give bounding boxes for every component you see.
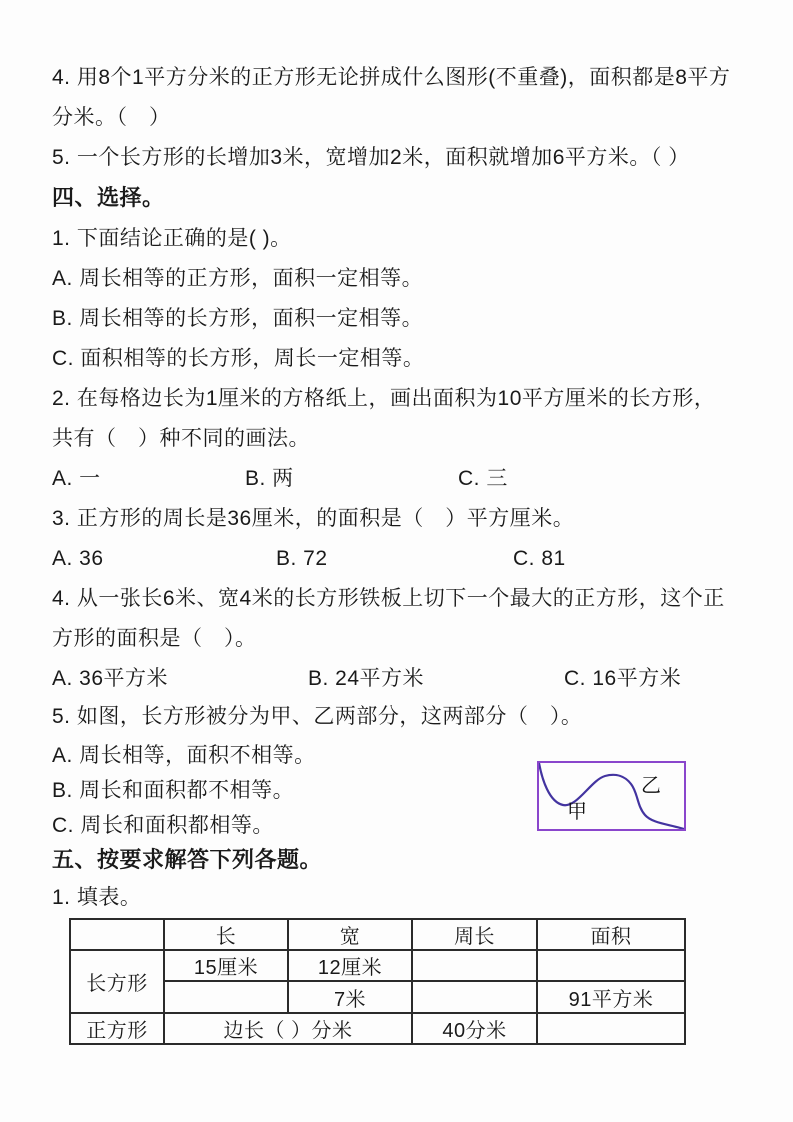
choice-q3-option-b: B. 72 — [276, 547, 328, 571]
rect1-area-cell — [537, 950, 685, 981]
header-empty-cell — [70, 919, 164, 950]
choice-q4-stem-line2: 方形的面积是（ ）。 — [52, 627, 257, 651]
choice-q2-option-a: A. 一 — [52, 467, 101, 491]
fill-table-label: 1. 填表。 — [52, 886, 141, 910]
header-length: 长 — [164, 919, 288, 950]
choice-q3-option-a: A. 36 — [52, 547, 104, 571]
choice-q4-option-c: C. 16平方米 — [564, 667, 681, 691]
row-label-rectangle: 长方形 — [70, 950, 164, 1013]
choice-q1-option-c: C. 面积相等的长方形，周长一定相等。 — [52, 347, 424, 371]
square-area-cell — [537, 1013, 685, 1044]
header-area: 面积 — [537, 919, 685, 950]
choice-q2-stem-line1: 2. 在每格边长为1厘米的方格纸上，画出面积为10平方厘米的长方形， — [52, 387, 715, 411]
choice-q5-stem: 5. 如图，长方形被分为甲、乙两部分，这两部分（ ）。 — [52, 705, 582, 729]
section-five-heading: 五、按要求解答下列各题。 — [52, 848, 322, 872]
divider-curve — [539, 763, 684, 829]
figure-label-jia: 甲 — [567, 795, 587, 824]
rect2-width-cell: 7米 — [288, 981, 412, 1013]
judge-q4-line1: 4. 用8个1平方分米的正方形无论拼成什么图形(不重叠)，面积都是8平方 — [52, 66, 730, 90]
choice-q2-option-b: B. 两 — [245, 467, 294, 491]
choice-q1-option-a: A. 周长相等的正方形，面积一定相等。 — [52, 267, 423, 291]
choice-q3-options: A. 36 B. 72 C. 81 — [52, 547, 752, 573]
choice-q3-stem: 3. 正方形的周长是36厘米，的面积是（ ）平方厘米。 — [52, 507, 574, 531]
choice-q1-stem: 1. 下面结论正确的是( )。 — [52, 227, 292, 251]
header-perimeter: 周长 — [412, 919, 537, 950]
section-four-heading: 四、选择。 — [52, 186, 165, 210]
judge-q5: 5. 一个长方形的长增加3米，宽增加2米，面积就增加6平方米。（ ） — [52, 146, 690, 170]
choice-q1-option-b: B. 周长相等的长方形，面积一定相等。 — [52, 307, 423, 331]
rect1-perimeter-cell — [412, 950, 537, 981]
header-width: 宽 — [288, 919, 412, 950]
table-row: 正方形 边长（ ）分米 40分米 — [70, 1013, 685, 1044]
table-row: 长方形 15厘米 12厘米 — [70, 950, 685, 981]
choice-q2-option-c: C. 三 — [458, 467, 508, 491]
rect1-width-cell: 12厘米 — [288, 950, 412, 981]
choice-q2-options: A. 一 B. 两 C. 三 — [52, 467, 752, 493]
square-perimeter-cell: 40分米 — [412, 1013, 537, 1044]
worksheet-page: 4. 用8个1平方分米的正方形无论拼成什么图形(不重叠)，面积都是8平方 分米。… — [0, 0, 793, 1122]
fill-in-table: 长 宽 周长 面积 长方形 15厘米 12厘米 7米 91平方米 正方形 边长（… — [69, 918, 686, 1045]
row-label-square: 正方形 — [70, 1013, 164, 1044]
square-side-cell: 边长（ ）分米 — [164, 1013, 412, 1044]
choice-q5-option-b: B. 周长和面积都不相等。 — [52, 779, 294, 803]
rect1-length-cell: 15厘米 — [164, 950, 288, 981]
choice-q5-option-a: A. 周长相等，面积不相等。 — [52, 744, 316, 768]
choice-q2-stem-line2: 共有（ ）种不同的画法。 — [52, 427, 310, 451]
rectangle-split-figure: 甲 乙 — [537, 761, 686, 831]
choice-q4-options: A. 36平方米 B. 24平方米 C. 16平方米 — [52, 667, 752, 693]
rect2-length-cell — [164, 981, 288, 1013]
choice-q4-stem-line1: 4. 从一张长6米、宽4米的长方形铁板上切下一个最大的正方形，这个正 — [52, 587, 725, 611]
choice-q4-option-b: B. 24平方米 — [308, 667, 424, 691]
judge-q4-line2: 分米。（ ） — [52, 106, 171, 130]
table-header-row: 长 宽 周长 面积 — [70, 919, 685, 950]
figure-label-yi: 乙 — [641, 769, 661, 798]
choice-q4-option-a: A. 36平方米 — [52, 667, 168, 691]
choice-q3-option-c: C. 81 — [513, 547, 566, 571]
choice-q5-option-c: C. 周长和面积都相等。 — [52, 814, 274, 838]
rect2-perimeter-cell — [412, 981, 537, 1013]
rect2-area-cell: 91平方米 — [537, 981, 685, 1013]
